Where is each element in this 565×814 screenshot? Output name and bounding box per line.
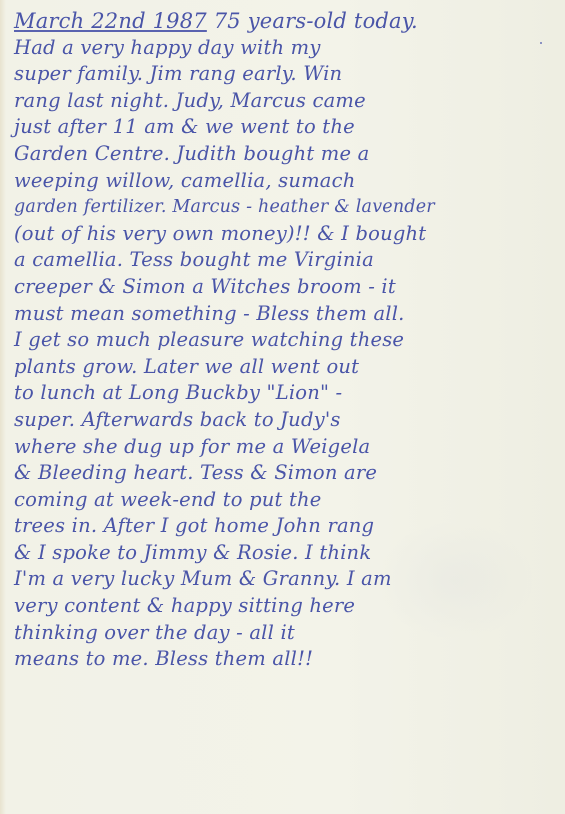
handwritten-entry: March 22nd 1987 75 years-old today. Had … xyxy=(14,8,554,673)
entry-line: thinking over the day - all it xyxy=(14,620,554,647)
entry-line: (out of his very own money)!! & I bought xyxy=(14,221,554,248)
entry-line: plants grow. Later we all went out xyxy=(14,354,554,381)
entry-line: Had a very happy day with my xyxy=(14,35,554,62)
entry-heading-note: 75 years-old today. xyxy=(214,9,418,33)
entry-line: rang last night. Judy, Marcus came xyxy=(14,88,554,115)
entry-heading: March 22nd 1987 75 years-old today. xyxy=(14,8,554,35)
entry-line: & I spoke to Jimmy & Rosie. I think xyxy=(14,540,554,567)
entry-line: I get so much pleasure watching these xyxy=(14,327,554,354)
entry-line: Garden Centre. Judith bought me a xyxy=(14,141,554,168)
entry-line: where she dug up for me a Weigela xyxy=(14,434,554,461)
entry-line: a camellia. Tess bought me Virginia xyxy=(14,247,554,274)
entry-line: garden fertilizer. Marcus - heather & la… xyxy=(14,194,554,221)
entry-line: & Bleeding heart. Tess & Simon are xyxy=(14,460,554,487)
entry-line: means to me. Bless them all!! xyxy=(14,646,554,673)
entry-line: coming at week-end to put the xyxy=(14,487,554,514)
entry-line: very content & happy sitting here xyxy=(14,593,554,620)
entry-line: trees in. After I got home John rang xyxy=(14,513,554,540)
entry-line: must mean something - Bless them all. xyxy=(14,301,554,328)
entry-line: I'm a very lucky Mum & Granny. I am xyxy=(14,566,554,593)
entry-date: March 22nd 1987 xyxy=(14,9,207,33)
entry-line: super. Afterwards back to Judy's xyxy=(14,407,554,434)
entry-line: just after 11 am & we went to the xyxy=(14,114,554,141)
entry-line: creeper & Simon a Witches broom - it xyxy=(14,274,554,301)
entry-line: weeping willow, camellia, sumach xyxy=(14,168,554,195)
entry-line: super family. Jim rang early. Win xyxy=(14,61,554,88)
entry-line: to lunch at Long Buckby "Lion" - xyxy=(14,380,554,407)
diary-page: March 22nd 1987 75 years-old today. Had … xyxy=(0,0,565,814)
